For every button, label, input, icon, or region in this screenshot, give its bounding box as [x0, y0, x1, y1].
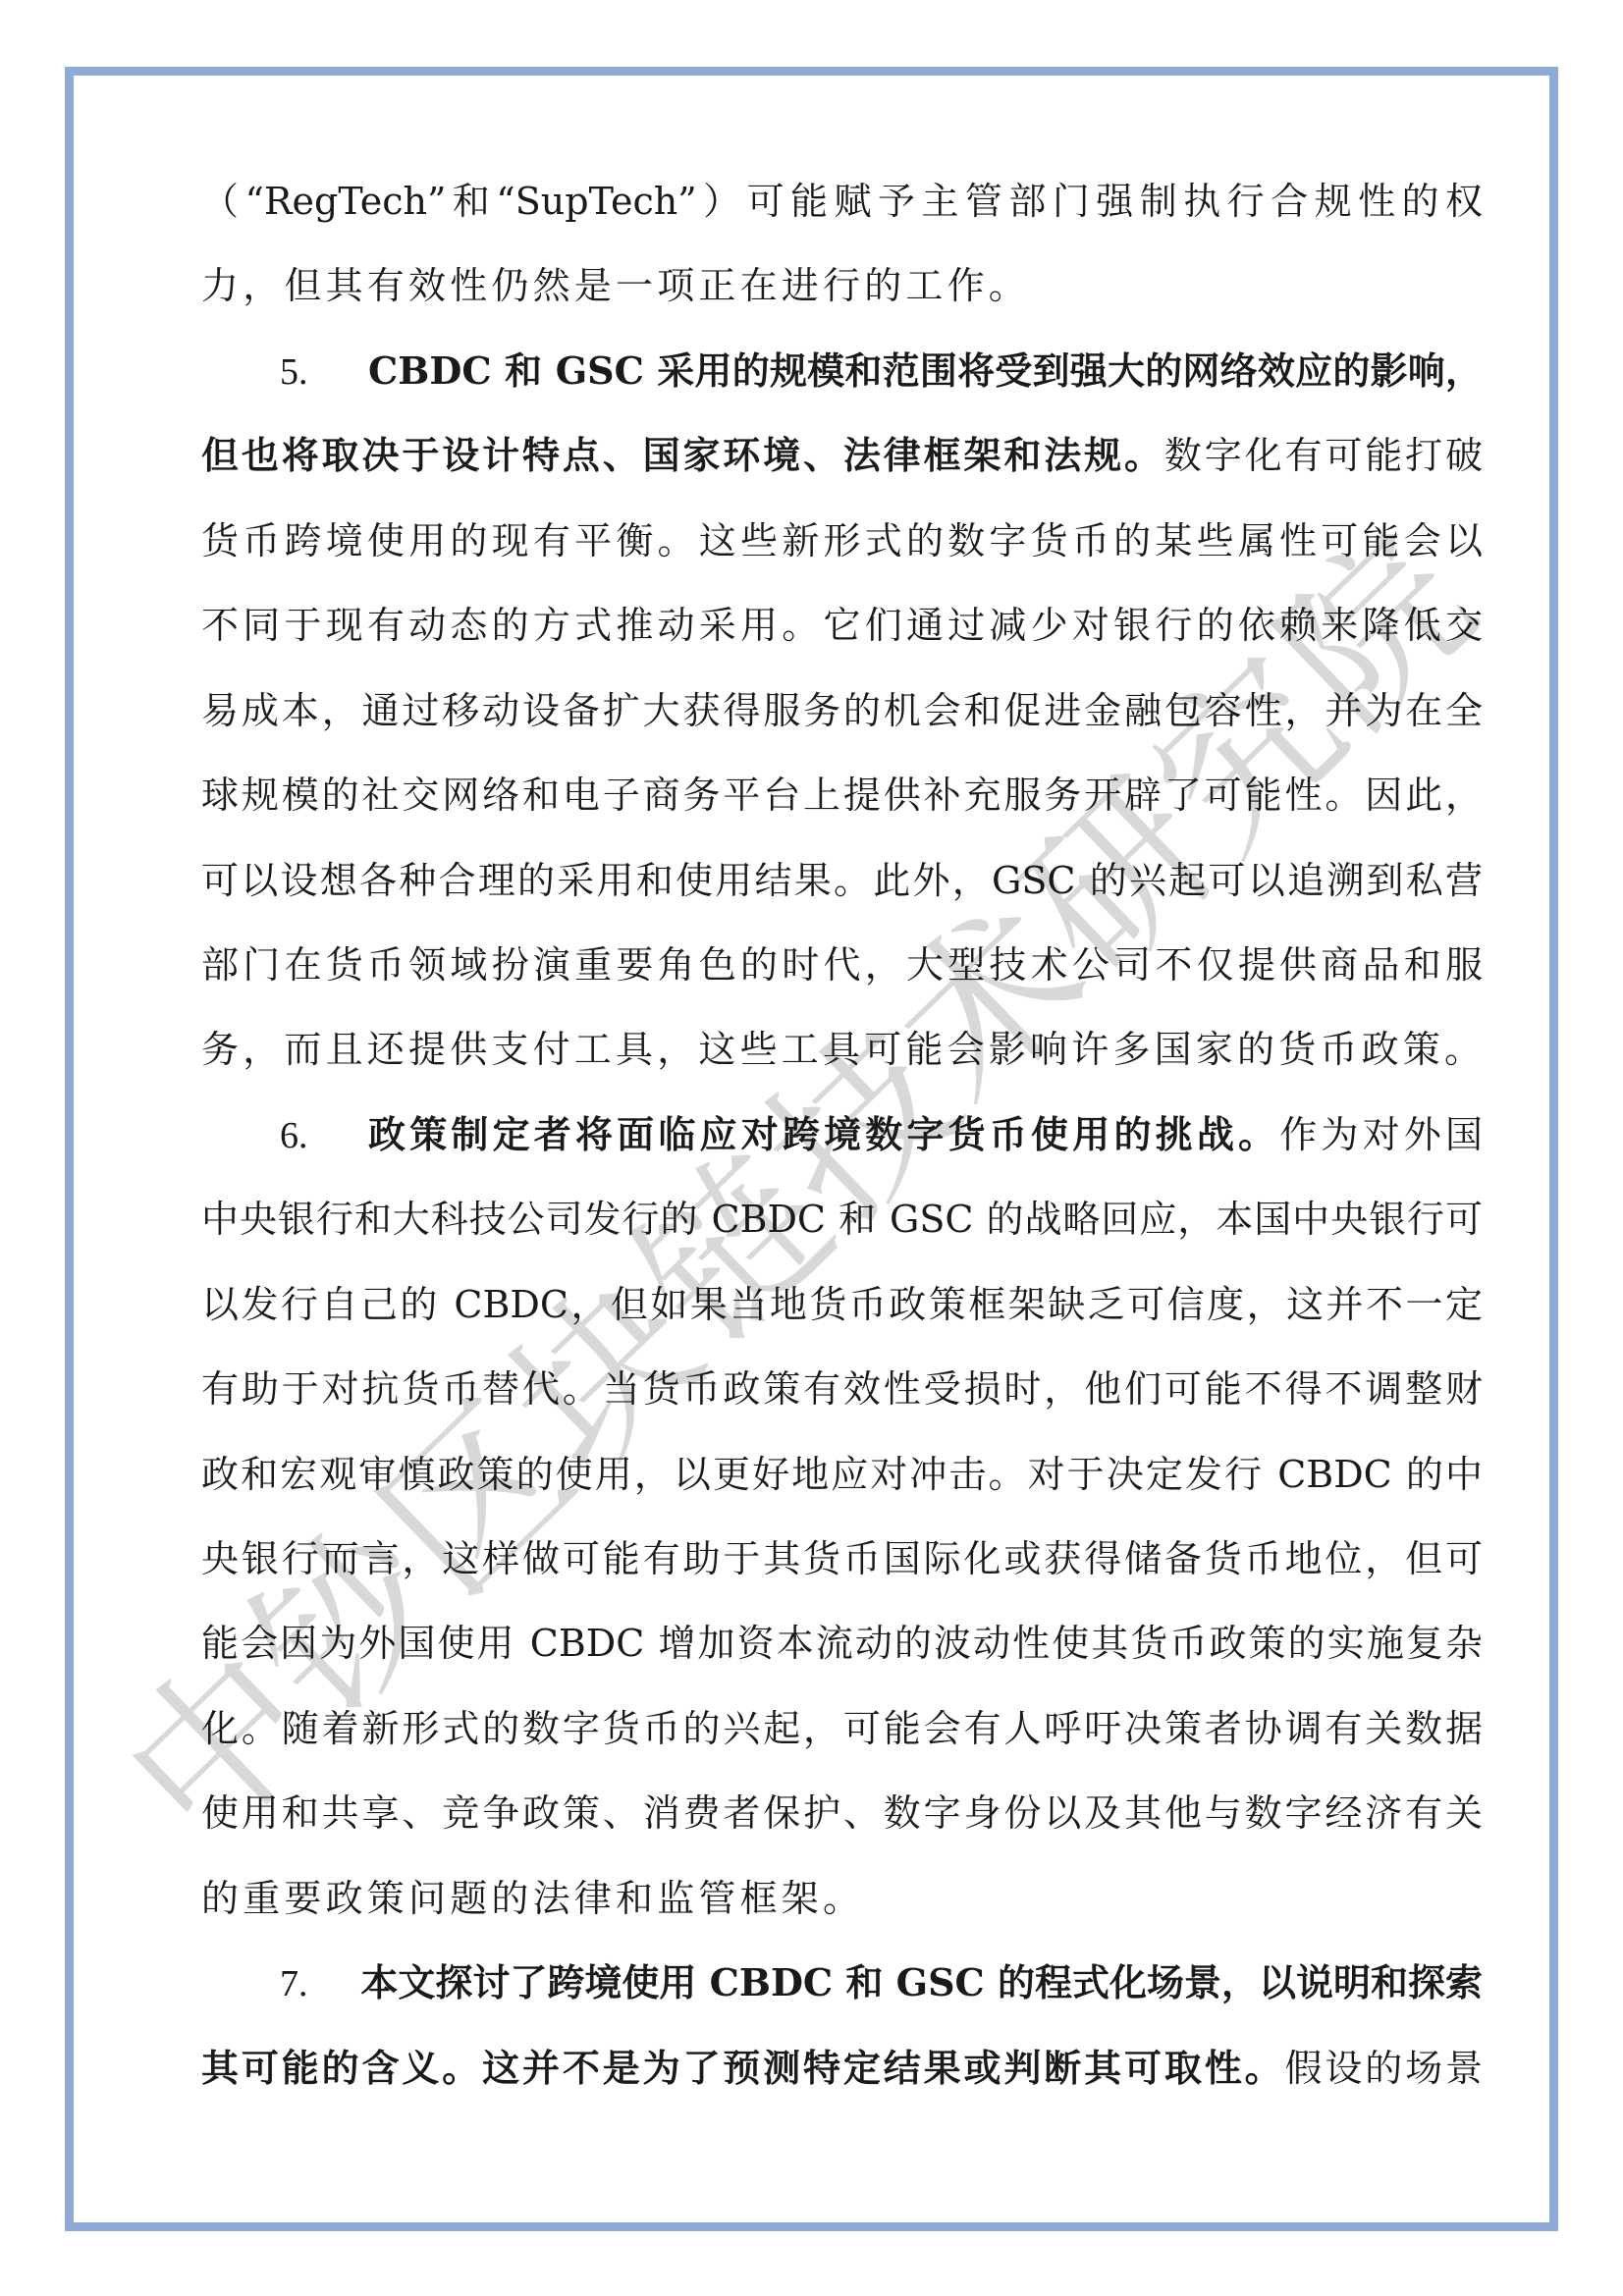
key-sentence: 政策制定者将面临应对跨境数字货币使用的挑战。 [368, 1112, 1279, 1156]
key-sentence: 其可能的含义。这并不是为了预测特定结果或判断其可取性。 [201, 2046, 1285, 2090]
line-text: 假设的场景 [1285, 2047, 1483, 2090]
paragraph-number: 5. [201, 330, 368, 414]
line-text: 的重要政策问题的法律和监管框架。 [201, 1877, 864, 1920]
line-text: 务，而且还提供支付工具，这些工具可能会影响许多国家的货币政策。 [201, 1028, 1486, 1071]
line-text: 能会因为外国使用 CBDC 增加资本流动的波动性使其货币政策的实施复杂 [201, 1622, 1483, 1665]
paragraph-6: 6. 政策制定者将面临应对跨境数字货币使用的挑战。作为对外国 中央银行和大科技公… [201, 1093, 1483, 1941]
paragraph-number: 7. [201, 1942, 360, 2026]
text-line: 货币跨境使用的现有平衡。这些新形式的数字货币的某些属性可能会以 [201, 499, 1483, 583]
line-text: 不同于现有动态的方式推动采用。它们通过减少对银行的依赖来降低交 [201, 604, 1483, 647]
text-line: 但也将取决于设计特点、国家环境、法律框架和法规。数字化有可能打破 [201, 413, 1483, 498]
paragraph-continuation: （“RegTech”和“SupTech”）可能赋予主管部门强制执行合规性的权 力… [201, 159, 1483, 329]
line-text: 数字化有可能打破 [1164, 434, 1483, 477]
key-sentence: 本文探讨了跨境使用 CBDC 和 GSC 的程式化场景，以说明和探索 [360, 1960, 1483, 2004]
text-line: 6. 政策制定者将面临应对跨境数字货币使用的挑战。作为对外国 [201, 1093, 1483, 1177]
text-line: 易成本，通过移动设备扩大获得服务的机会和促进金融包容性，并为在全 [201, 668, 1483, 753]
key-sentence: CBDC 和 GSC 采用的规模和范围将受到强大的网络效应的影响， [368, 348, 1483, 393]
text-line: 球规模的社交网络和电子商务平台上提供补充服务开辟了可能性。因此， [201, 753, 1483, 837]
text-line: 政和宏观审慎政策的使用，以更好地应对冲击。对于决定发行 CBDC 的中 [201, 1432, 1483, 1517]
text-line: （“RegTech”和“SupTech”）可能赋予主管部门强制执行合规性的权 [201, 159, 1483, 243]
text-line: 不同于现有动态的方式推动采用。它们通过减少对银行的依赖来降低交 [201, 583, 1483, 667]
paragraph-number: 6. [201, 1094, 368, 1178]
key-sentence: 但也将取决于设计特点、国家环境、法律框架和法规。 [201, 433, 1164, 477]
text-line: 可以设想各种合理的采用和使用结果。此外，GSC 的兴起可以追溯到私营 [201, 838, 1483, 923]
text-line: 中央银行和大科技公司发行的 CBDC 和 GSC 的战略回应，本国中央银行可 [201, 1177, 1483, 1261]
text-line: 7. 本文探讨了跨境使用 CBDC 和 GSC 的程式化场景，以说明和探索 [201, 1941, 1483, 2025]
text-line: 以发行自己的 CBDC，但如果当地货币政策框架缺乏可信度，这并不一定 [201, 1262, 1483, 1347]
text-line: 有助于对抗货币替代。当货币政策有效性受损时，他们可能不得不调整财 [201, 1347, 1483, 1431]
line-text: 球规模的社交网络和电子商务平台上提供补充服务开辟了可能性。因此， [201, 774, 1483, 817]
text-line: 化。随着新形式的数字货币的兴起，可能会有人呼吁决策者协调有关数据 [201, 1686, 1483, 1771]
line-text: 易成本，通过移动设备扩大获得服务的机会和促进金融包容性，并为在全 [201, 689, 1483, 732]
line-text: 化。随着新形式的数字货币的兴起，可能会有人呼吁决策者协调有关数据 [201, 1707, 1483, 1750]
line-text: 使用和共享、竞争政策、消费者保护、数字身份以及其他与数字经济有关 [201, 1791, 1483, 1835]
text-line: 部门在货币领域扮演重要角色的时代，大型技术公司不仅提供商品和服 [201, 923, 1483, 1007]
line-text: 政和宏观审慎政策的使用，以更好地应对冲击。对于决定发行 CBDC 的中 [201, 1453, 1483, 1496]
line-text: 货币跨境使用的现有平衡。这些新形式的数字货币的某些属性可能会以 [201, 519, 1483, 562]
text-line: 5. CBDC 和 GSC 采用的规模和范围将受到强大的网络效应的影响， [201, 329, 1483, 413]
paragraph-5: 5. CBDC 和 GSC 采用的规模和范围将受到强大的网络效应的影响， 但也将… [201, 329, 1483, 1093]
text-line: 的重要政策问题的法律和监管框架。 [201, 1856, 1483, 1941]
text-line: 能会因为外国使用 CBDC 增加资本流动的波动性使其货币政策的实施复杂 [201, 1601, 1483, 1685]
line-text: 央银行而言，这样做可能有助于其货币国际化或获得储备货币地位，但可 [201, 1537, 1483, 1580]
paragraph-7: 7. 本文探讨了跨境使用 CBDC 和 GSC 的程式化场景，以说明和探索 其可… [201, 1941, 1483, 2110]
text-line: 其可能的含义。这并不是为了预测特定结果或判断其可取性。假设的场景 [201, 2026, 1483, 2110]
line-text: 以发行自己的 CBDC，但如果当地货币政策框架缺乏可信度，这并不一定 [201, 1283, 1483, 1326]
line-text: 中央银行和大科技公司发行的 CBDC 和 GSC 的战略回应，本国中央银行可 [201, 1198, 1483, 1241]
text-line: 务，而且还提供支付工具，这些工具可能会影响许多国家的货币政策。 [201, 1007, 1483, 1092]
line-text: 作为对外国 [1279, 1113, 1483, 1156]
text-line: 使用和共享、竞争政策、消费者保护、数字身份以及其他与数字经济有关 [201, 1771, 1483, 1855]
line-text: （“RegTech”和“SupTech”）可能赋予主管部门强制执行合规性的权 [201, 180, 1483, 223]
line-text: 力，但其有效性仍然是一项正在进行的工作。 [201, 264, 1030, 307]
text-line: 央银行而言，这样做可能有助于其货币国际化或获得储备货币地位，但可 [201, 1517, 1483, 1601]
line-text: 有助于对抗货币替代。当货币政策有效性受损时，他们可能不得不调整财 [201, 1367, 1483, 1411]
document-body: （“RegTech”和“SupTech”）可能赋予主管部门强制执行合规性的权 力… [201, 159, 1483, 2110]
line-text: 部门在货币领域扮演重要角色的时代，大型技术公司不仅提供商品和服 [201, 943, 1483, 987]
text-line: 力，但其有效性仍然是一项正在进行的工作。 [201, 243, 1483, 328]
line-text: 可以设想各种合理的采用和使用结果。此外，GSC 的兴起可以追溯到私营 [201, 859, 1483, 902]
